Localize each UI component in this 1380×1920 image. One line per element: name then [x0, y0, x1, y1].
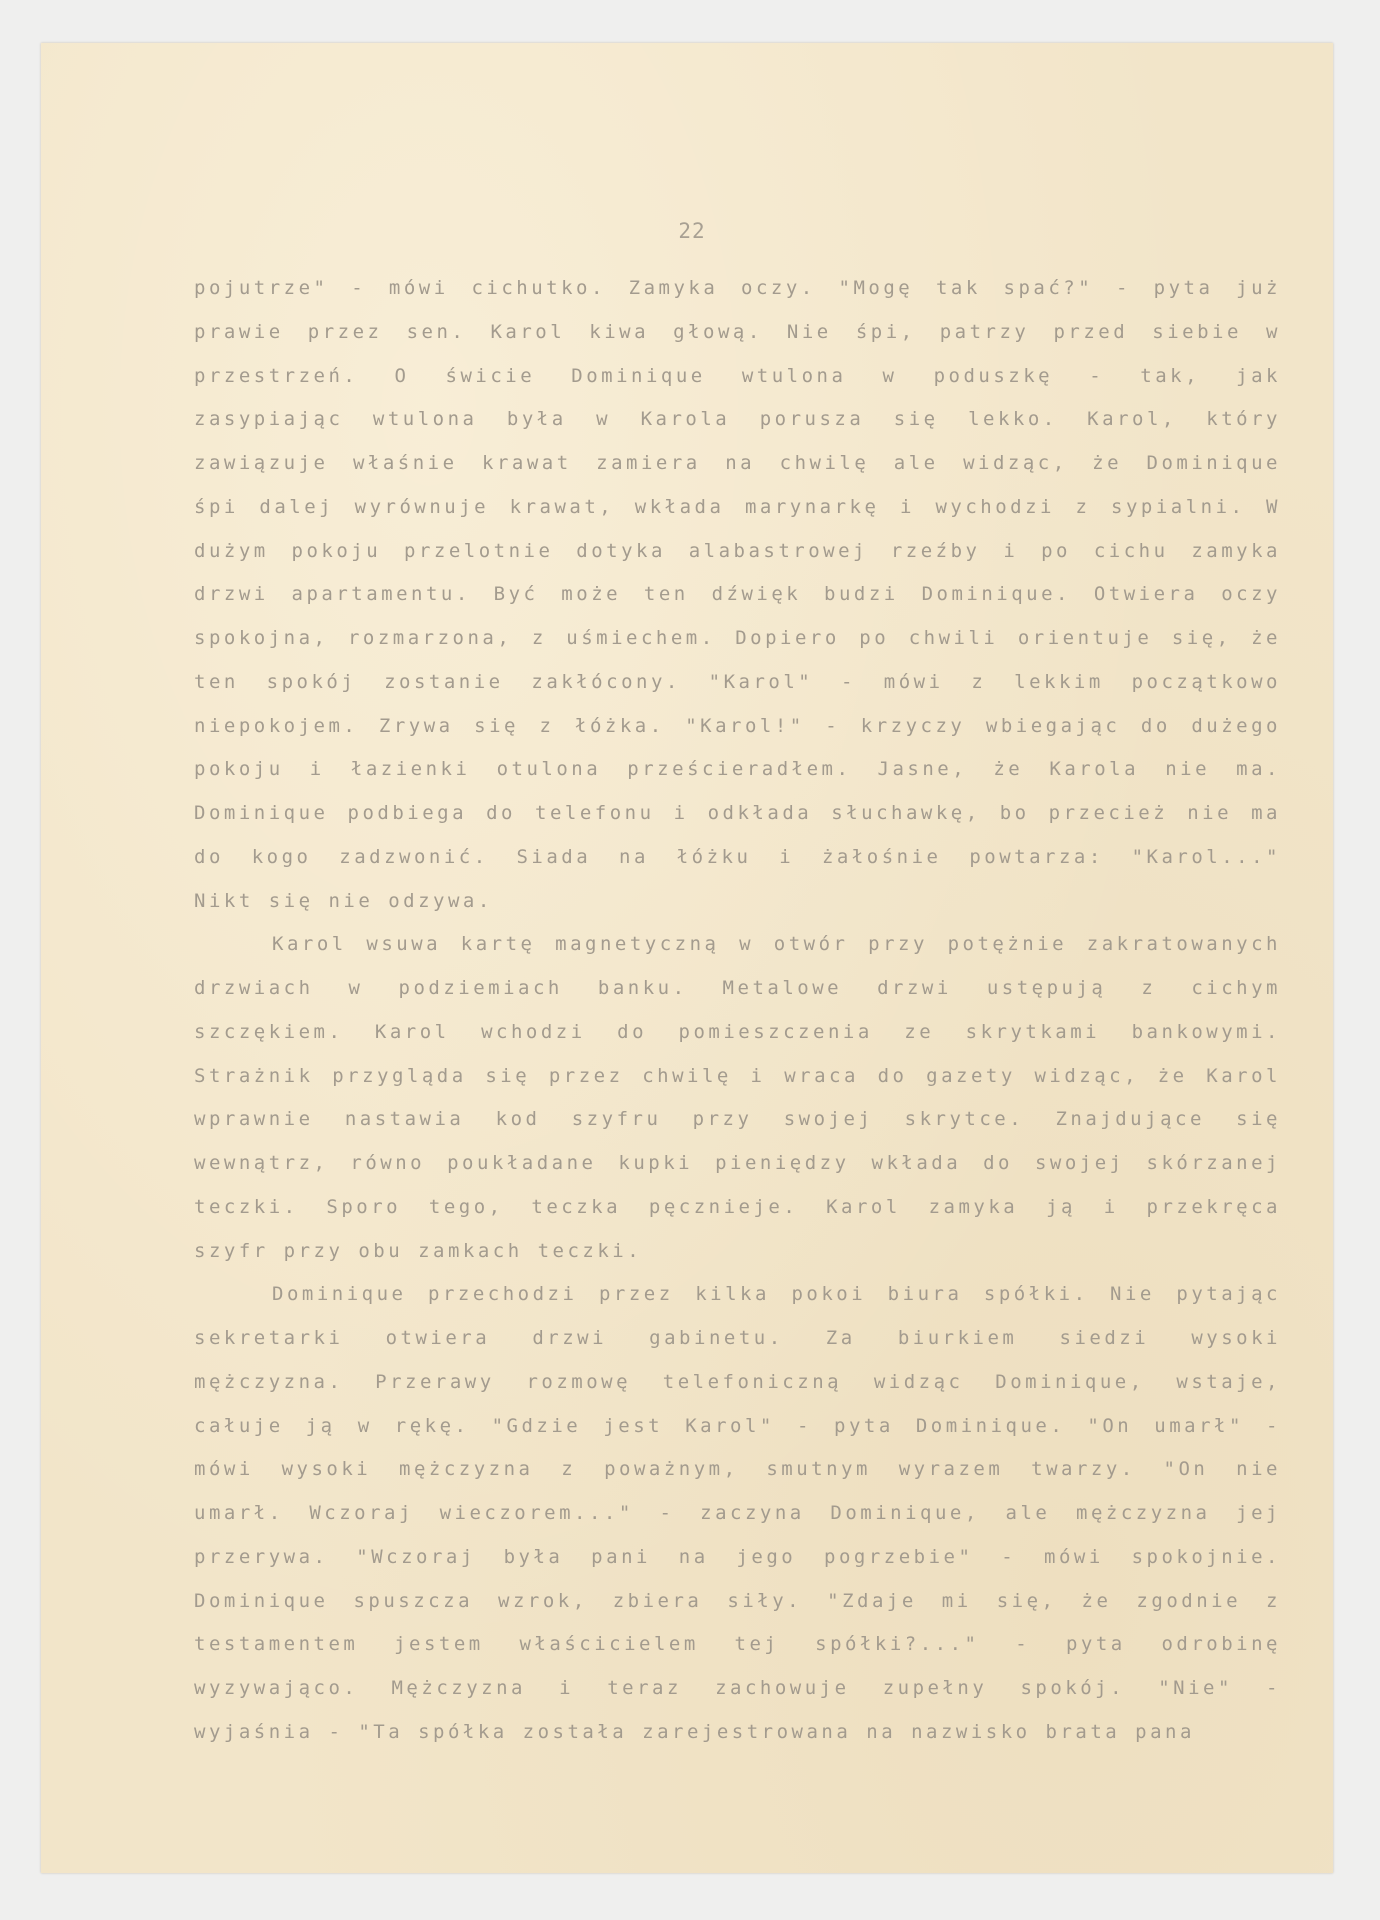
text-line: drzwi apartamentu. Być może ten dźwięk b…	[194, 573, 1281, 617]
paragraph: Dominique przechodzi przez kilka pokoi b…	[194, 1273, 1281, 1754]
body-text: pojutrze" - mówi cichutko. Zamyka oczy. …	[194, 267, 1281, 1755]
text-line: Dominique podbiega do telefonu i odkłada…	[194, 792, 1281, 836]
text-line: wyjaśnia - "Ta spółka została zarejestro…	[194, 1711, 1281, 1755]
text-line: śpi dalej wyrównuje krawat, wkłada maryn…	[194, 486, 1281, 530]
text-line: teczki. Sporo tego, teczka pęcznieje. Ka…	[194, 1186, 1281, 1230]
text-line: całuje ją w rękę. "Gdzie jest Karol" - p…	[194, 1405, 1281, 1449]
paragraph: Karol wsuwa kartę magnetyczną w otwór pr…	[194, 923, 1281, 1273]
text-line: umarł. Wczoraj wieczorem..." - zaczyna D…	[194, 1492, 1281, 1536]
text-line: niepokojem. Zrywa się z łóżka. "Karol!" …	[194, 705, 1281, 749]
paragraph: pojutrze" - mówi cichutko. Zamyka oczy. …	[194, 267, 1281, 923]
text-line: dużym pokoju przelotnie dotyka alabastro…	[194, 530, 1281, 574]
text-line: przerywa. "Wczoraj była pani na jego pog…	[194, 1536, 1281, 1580]
typewritten-page: 22 pojutrze" - mówi cichutko. Zamyka ocz…	[41, 43, 1333, 1873]
text-line: mówi wysoki mężczyzna z poważnym, smutny…	[194, 1448, 1281, 1492]
text-line: szczękiem. Karol wchodzi do pomieszczeni…	[194, 1011, 1281, 1055]
text-line: prawie przez sen. Karol kiwa głową. Nie …	[194, 311, 1281, 355]
text-line: Nikt się nie odzywa.	[194, 880, 1281, 924]
text-line: ten spokój zostanie zakłócony. "Karol" -…	[194, 661, 1281, 705]
text-line: pokoju i łazienki otulona prześcieradłem…	[194, 748, 1281, 792]
text-line: przestrzeń. O świcie Dominique wtulona w…	[194, 355, 1281, 399]
text-line: spokojna, rozmarzona, z uśmiechem. Dopie…	[194, 617, 1281, 661]
text-line: Dominique przechodzi przez kilka pokoi b…	[194, 1273, 1281, 1317]
text-line: wprawnie nastawia kod szyfru przy swojej…	[194, 1098, 1281, 1142]
text-line: wyzywająco. Mężczyzna i teraz zachowuje …	[194, 1667, 1281, 1711]
text-line: zawiązuje właśnie krawat zamiera na chwi…	[194, 442, 1281, 486]
text-line: Strażnik przygląda się przez chwilę i wr…	[194, 1055, 1281, 1099]
text-line: Karol wsuwa kartę magnetyczną w otwór pr…	[194, 923, 1281, 967]
page-number: 22	[41, 219, 1333, 243]
text-line: testamentem jestem właścicielem tej spół…	[194, 1623, 1281, 1667]
text-line: do kogo zadzwonić. Siada na łóżku i żało…	[194, 836, 1281, 880]
text-line: sekretarki otwiera drzwi gabinetu. Za bi…	[194, 1317, 1281, 1361]
text-line: drzwiach w podziemiach banku. Metalowe d…	[194, 967, 1281, 1011]
text-line: mężczyzna. Przerawy rozmowę telefoniczną…	[194, 1361, 1281, 1405]
text-line: zasypiając wtulona była w Karola porusza…	[194, 398, 1281, 442]
text-line: szyfr przy obu zamkach teczki.	[194, 1230, 1281, 1274]
text-line: Dominique spuszcza wzrok, zbiera siły. "…	[194, 1580, 1281, 1624]
text-line: pojutrze" - mówi cichutko. Zamyka oczy. …	[194, 267, 1281, 311]
text-line: wewnątrz, równo poukładane kupki pienięd…	[194, 1142, 1281, 1186]
